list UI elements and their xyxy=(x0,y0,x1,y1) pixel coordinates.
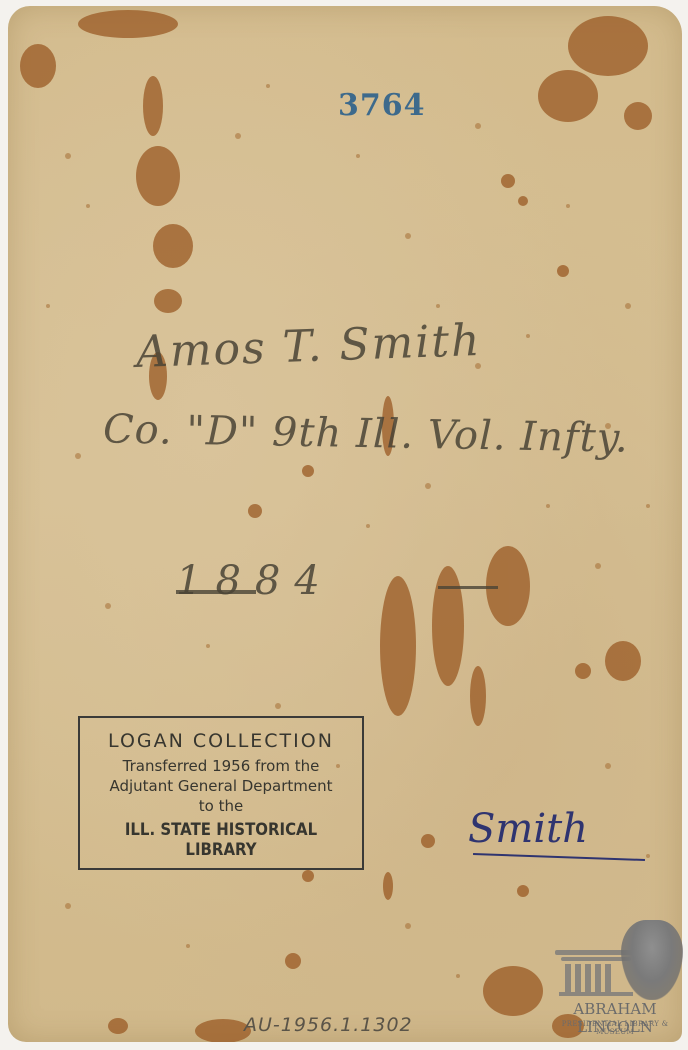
handwritten-year: 1884 xyxy=(176,558,334,604)
logan-collection-stamp: LOGAN COLLECTION Transferred 1956 from t… xyxy=(78,716,364,870)
catalog-number: 3764 xyxy=(338,88,426,123)
lincoln-portrait-icon xyxy=(621,920,683,1000)
stamp-line-4: to the xyxy=(80,796,362,816)
handwritten-unit: Co. "D" 9th Ill. Vol. Infty. xyxy=(103,406,630,461)
museum-watermark: ABRAHAM LINCOLN PRESIDENTIAL LIBRARY & M… xyxy=(545,920,685,1038)
signature: Smith xyxy=(468,806,588,852)
stamp-line-3: Adjutant General Department xyxy=(80,776,362,796)
accession-number: AU-1956.1.1302 xyxy=(244,1014,413,1036)
foxing-stains xyxy=(8,6,682,1042)
year-dash-right xyxy=(438,586,498,589)
stamp-line-2: Transferred 1956 from the xyxy=(80,756,362,776)
stamp-line-1: LOGAN COLLECTION xyxy=(80,730,362,752)
photo-card-back: 3764 Amos T. Smith Co. "D" 9th Ill. Vol.… xyxy=(8,6,682,1042)
stamp-line-5: ILL. STATE HISTORICAL LIBRARY xyxy=(97,820,345,860)
watermark-subtitle: PRESIDENTIAL LIBRARY & MUSEUM xyxy=(545,1020,685,1036)
